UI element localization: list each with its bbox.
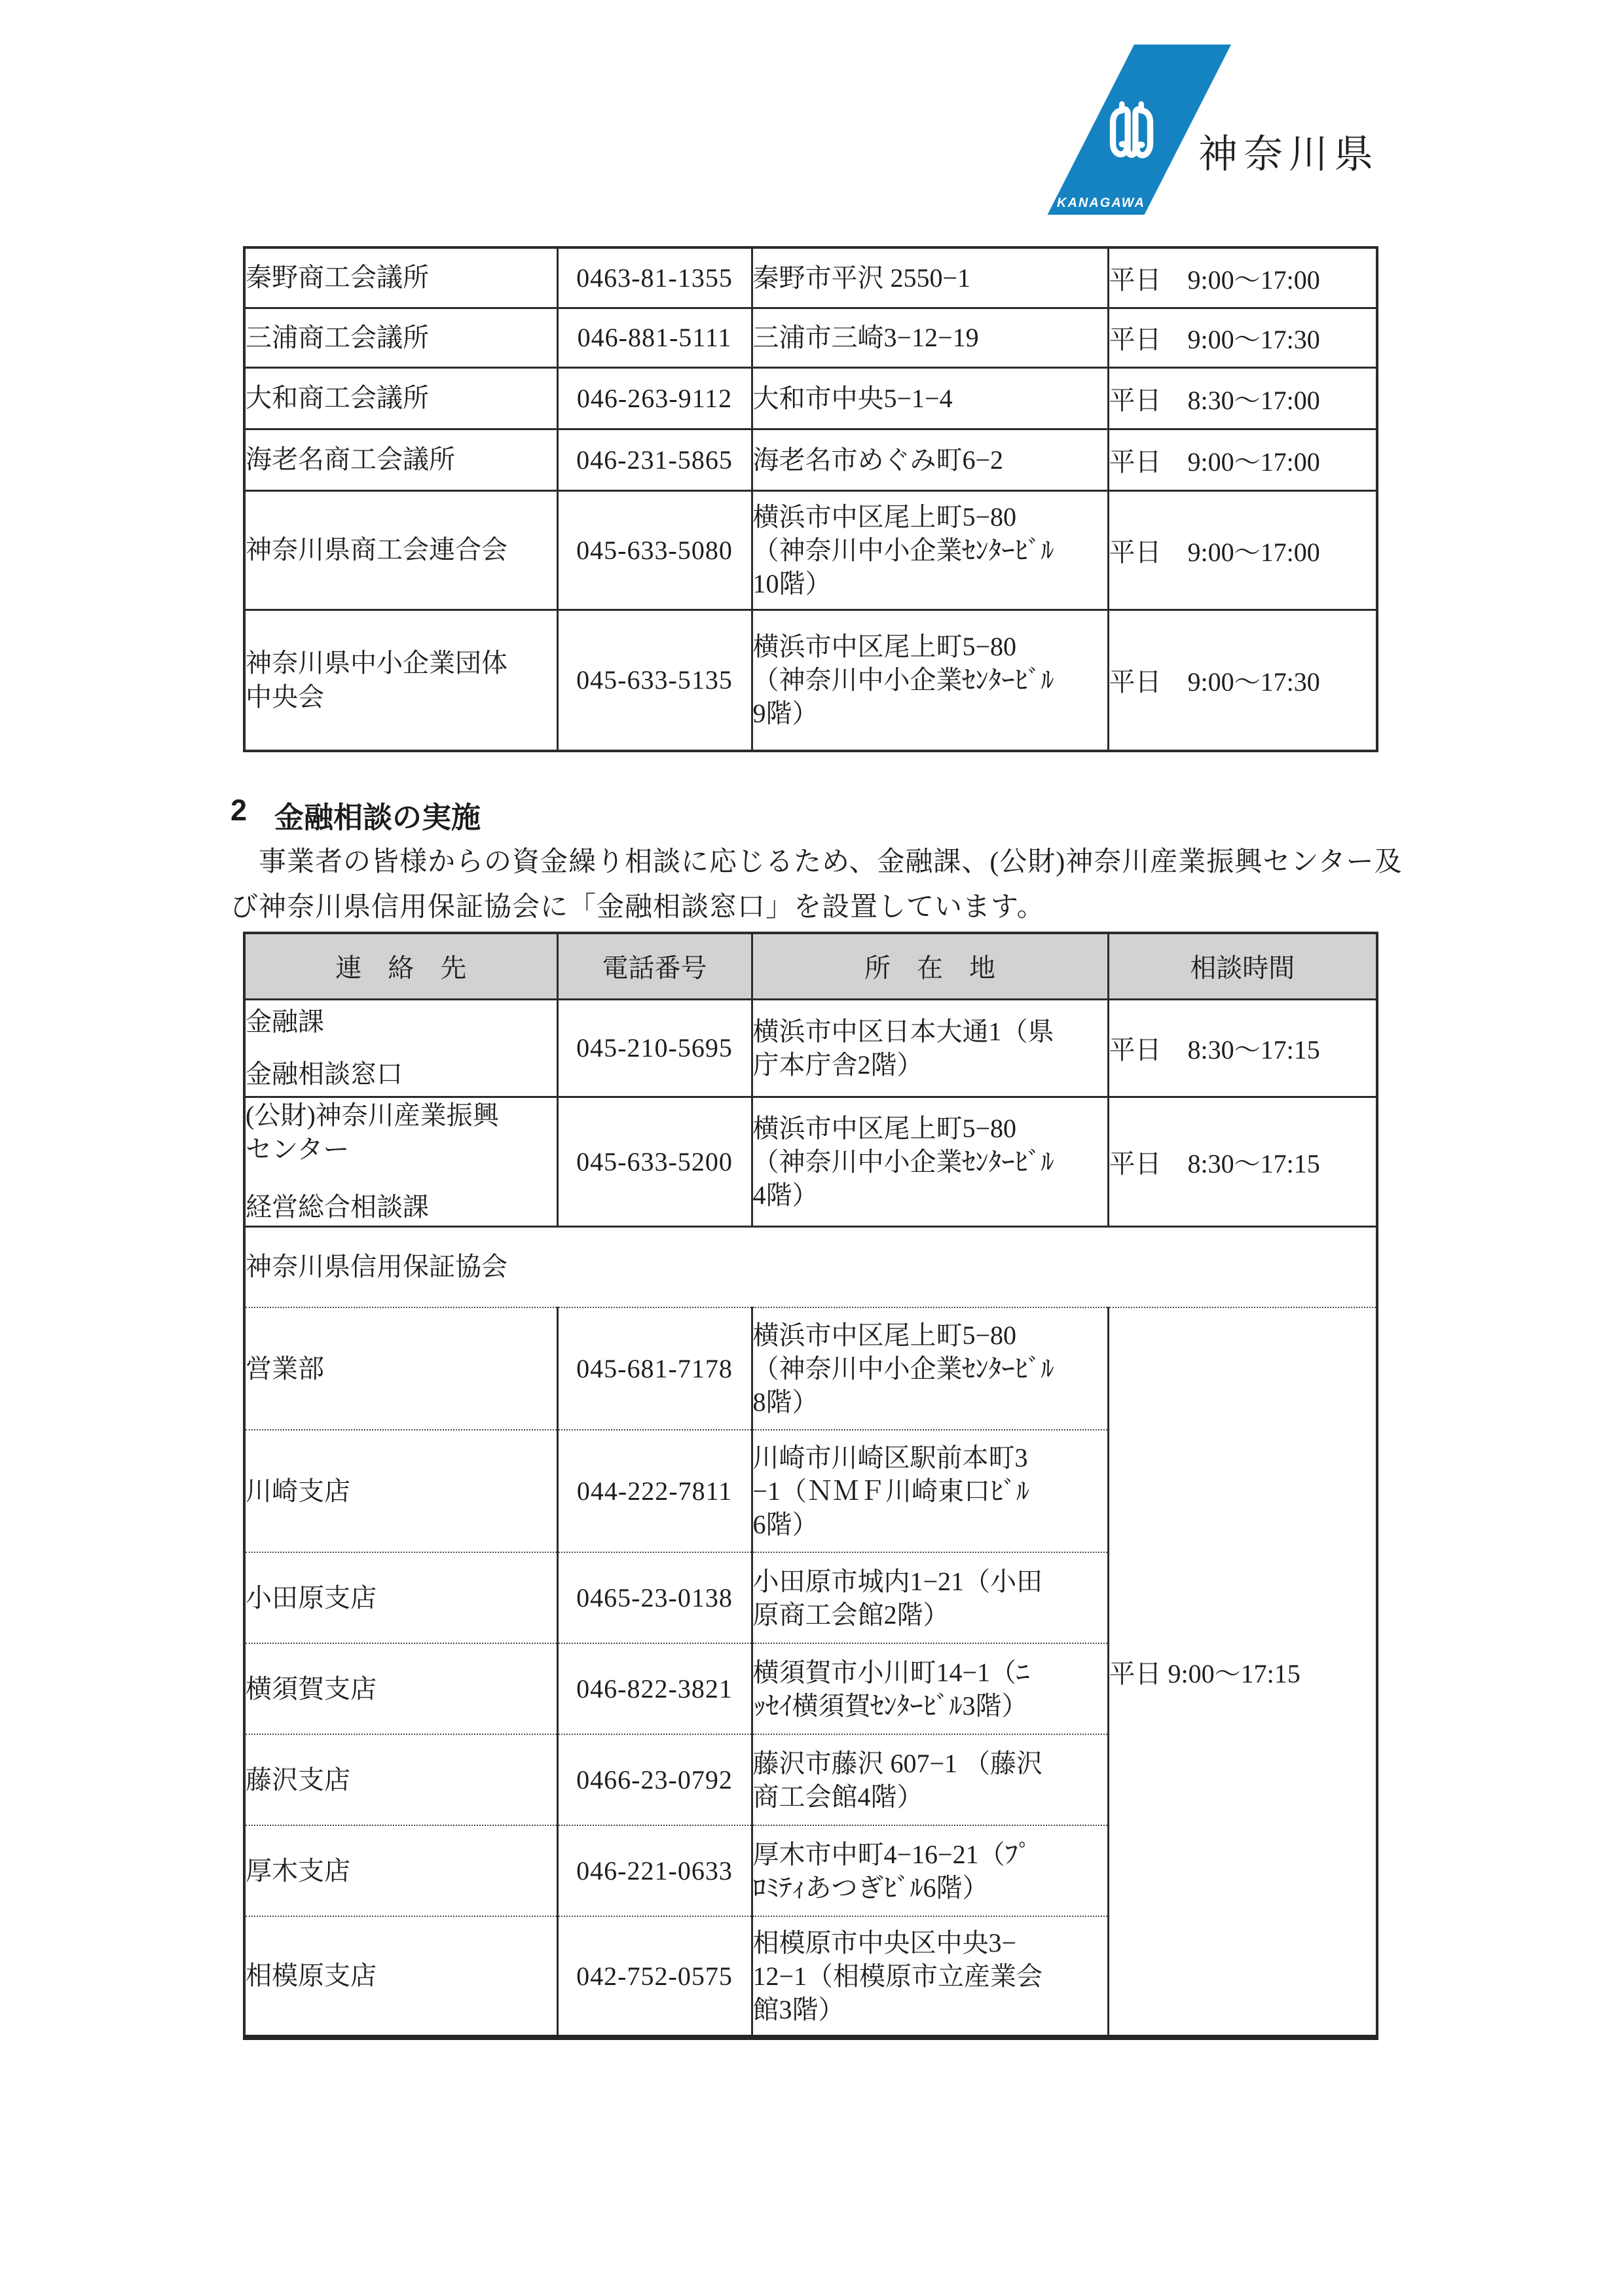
org-name-cell: 金融課 金融相談窓口 (244, 999, 557, 1097)
hours-cell: 平日 9:00〜17:00 (1108, 247, 1377, 308)
address-cell: 海老名市めぐみ町6−2 (752, 429, 1108, 490)
phone-cell: 044-222-7811 (557, 1430, 752, 1552)
address-cell: 横須賀市小川町14−1（ﾆ ｯｾｲ横須賀ｾﾝﾀｰﾋﾞﾙ3階） (752, 1643, 1108, 1734)
org-name-cell: 海老名商工会議所 (244, 429, 557, 490)
section-heading: 2 金融相談の実施 (231, 793, 481, 836)
section-number: 2 (231, 793, 247, 836)
branch-name-cell: 営業部 (244, 1307, 557, 1430)
phone-cell: 0465-23-0138 (557, 1552, 752, 1643)
address-cell: 横浜市中区尾上町5−80 （神奈川中小企業ｾﾝﾀｰﾋﾞﾙ 9階） (752, 610, 1108, 751)
group-label-cell: 神奈川県信用保証協会 (244, 1226, 1377, 1307)
table-row: (公財)神奈川産業振興 センター 経営総合相談課 045-633-5200 横浜… (244, 1097, 1377, 1226)
address-cell: 横浜市中区尾上町5−80 （神奈川中小企業ｾﾝﾀｰﾋﾞﾙ 4階） (752, 1097, 1108, 1226)
phone-cell: 046-231-5865 (557, 429, 752, 490)
address-cell: 秦野市平沢 2550−1 (752, 247, 1108, 308)
logo-kanagawa-label: KANAGAWA (1057, 196, 1145, 211)
branch-name-cell: 厚木支店 (244, 1825, 557, 1916)
address-cell: 横浜市中区尾上町5−80 （神奈川中小企業ｾﾝﾀｰﾋﾞﾙ 10階） (752, 490, 1108, 610)
financial-consultation-table: 連 絡 先 電話番号 所 在 地 相談時間 金融課 金融相談窓口 045-210… (243, 932, 1378, 2040)
header-address: 所 在 地 (752, 933, 1108, 999)
org-name-cell: 秦野商工会議所 (244, 247, 557, 308)
org-name-cell: 神奈川県商工会連合会 (244, 490, 557, 610)
phone-cell: 042-752-0575 (557, 1916, 752, 2037)
phone-cell: 045-633-5200 (557, 1097, 752, 1226)
org-name-cell: 三浦商工会議所 (244, 308, 557, 367)
branch-hours-cell: 平日 9:00〜17:15 (1108, 1307, 1377, 2037)
branch-name-cell: 藤沢支店 (244, 1734, 557, 1825)
branch-row: 営業部 045-681-7178 横浜市中区尾上町5−80 （神奈川中小企業ｾﾝ… (244, 1307, 1377, 1430)
phone-cell: 045-633-5135 (557, 610, 752, 751)
hours-cell: 平日 9:00〜17:00 (1108, 429, 1377, 490)
branch-name-cell: 川崎支店 (244, 1430, 557, 1552)
group-label-row: 神奈川県信用保証協会 (244, 1226, 1377, 1307)
address-cell: 厚木市中町4−16−21（ﾌﾟ ﾛﾐﾃｨあつぎﾋﾞﾙ6階） (752, 1825, 1108, 1916)
prefecture-name: 神奈川県 (1198, 123, 1379, 179)
address-cell: 横浜市中区尾上町5−80 （神奈川中小企業ｾﾝﾀｰﾋﾞﾙ 8階） (752, 1307, 1108, 1430)
branch-name-cell: 相模原支店 (244, 1916, 557, 2037)
org-name-cell: 神奈川県中小企業団体 中央会 (244, 610, 557, 751)
org-name-cell: 大和商工会議所 (244, 367, 557, 429)
address-cell: 三浦市三崎3−12−19 (752, 308, 1108, 367)
table-row: 神奈川県商工会連合会 045-633-5080 横浜市中区尾上町5−80 （神奈… (244, 490, 1377, 610)
address-cell: 藤沢市藤沢 607−1 （藤沢 商工会館4階） (752, 1734, 1108, 1825)
table-row: 海老名商工会議所 046-231-5865 海老名市めぐみ町6−2 平日 9:0… (244, 429, 1377, 490)
phone-cell: 046-221-0633 (557, 1825, 752, 1916)
section-title: 金融相談の実施 (274, 793, 481, 836)
org-name-cell: (公財)神奈川産業振興 センター 経営総合相談課 (244, 1097, 557, 1226)
hours-cell: 平日 8:30〜17:15 (1108, 999, 1377, 1097)
kanagawa-mon-icon (1099, 98, 1164, 169)
chamber-contact-table: 秦野商工会議所 0463-81-1355 秦野市平沢 2550−1 平日 9:0… (243, 246, 1378, 752)
phone-cell: 046-822-3821 (557, 1643, 752, 1734)
address-cell: 川崎市川崎区駅前本町3 −1（ＮＭＦ川崎東口ﾋﾞﾙ 6階） (752, 1430, 1108, 1552)
body-paragraph-line: 事業者の皆様からの資金繰り相談に応じるため、金融課、(公財)神奈川産業振興センタ… (231, 840, 1403, 879)
phone-cell: 045-633-5080 (557, 490, 752, 610)
hours-cell: 平日 8:30〜17:00 (1108, 367, 1377, 429)
table-row: 金融課 金融相談窓口 045-210-5695 横浜市中区日本大通1（県 庁本庁… (244, 999, 1377, 1097)
scanned-document-page: { "colors": { "logo_blue": "#1583c1", "h… (0, 0, 1624, 2296)
phone-cell: 0463-81-1355 (557, 247, 752, 308)
table-row: 三浦商工会議所 046-881-5111 三浦市三崎3−12−19 平日 9:0… (244, 308, 1377, 367)
table-row: 秦野商工会議所 0463-81-1355 秦野市平沢 2550−1 平日 9:0… (244, 247, 1377, 308)
address-cell: 大和市中央5−1−4 (752, 367, 1108, 429)
table-header-row: 連 絡 先 電話番号 所 在 地 相談時間 (244, 933, 1377, 999)
address-cell: 横浜市中区日本大通1（県 庁本庁舎2階） (752, 999, 1108, 1097)
header-contact: 連 絡 先 (244, 933, 557, 999)
phone-cell: 046-881-5111 (557, 308, 752, 367)
header-hours: 相談時間 (1108, 933, 1377, 999)
phone-cell: 045-681-7178 (557, 1307, 752, 1430)
hours-cell: 平日 9:00〜17:30 (1108, 308, 1377, 367)
body-paragraph-line: び神奈川県信用保証協会に「金融相談窓口」を設置しています。 (231, 885, 1403, 924)
table-row: 神奈川県中小企業団体 中央会 045-633-5135 横浜市中区尾上町5−80… (244, 610, 1377, 751)
hours-cell: 平日 8:30〜17:15 (1108, 1097, 1377, 1226)
phone-cell: 045-210-5695 (557, 999, 752, 1097)
address-cell: 小田原市城内1−21（小田 原商工会館2階） (752, 1552, 1108, 1643)
hours-cell: 平日 9:00〜17:00 (1108, 490, 1377, 610)
phone-cell: 0466-23-0792 (557, 1734, 752, 1825)
table-row: 大和商工会議所 046-263-9112 大和市中央5−1−4 平日 8:30〜… (244, 367, 1377, 429)
header-phone: 電話番号 (557, 933, 752, 999)
branch-name-cell: 小田原支店 (244, 1552, 557, 1643)
phone-cell: 046-263-9112 (557, 367, 752, 429)
hours-cell: 平日 9:00〜17:30 (1108, 610, 1377, 751)
address-cell: 相模原市中央区中央3− 12−1（相模原市立産業会 館3階） (752, 1916, 1108, 2037)
branch-name-cell: 横須賀支店 (244, 1643, 557, 1734)
